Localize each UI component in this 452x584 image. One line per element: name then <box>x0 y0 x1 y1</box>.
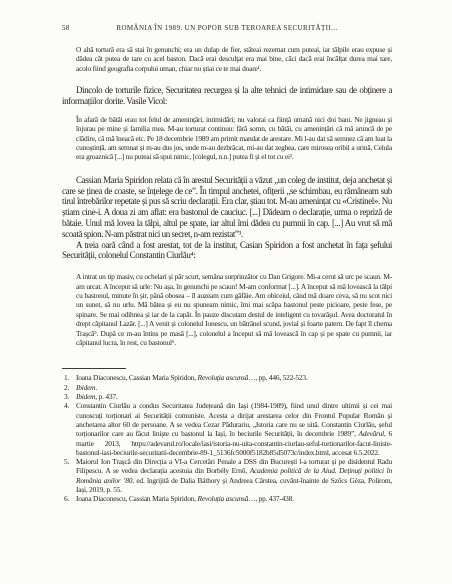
footnote-text: Constantin Ciurlău a condus Securitatea … <box>76 401 392 456</box>
footnote-separator <box>62 368 126 369</box>
footnote: 6. Ioana Diaconescu, Cassian Maria Spiri… <box>62 494 392 503</box>
footnote: 2. Ibidem. <box>62 383 392 392</box>
book-page: 58 ROMÂNIA ÎN 1989. UN POPOR SUB TEROARE… <box>0 0 452 584</box>
block-quote-vicol: În afară de bătăi erau tot felul de amen… <box>76 115 392 162</box>
footnote-number: 2. <box>64 383 69 392</box>
footnote-text: Maiorul Ion Trașcă din Direcția a VI-a C… <box>76 457 392 494</box>
footnote-text: Ibidem, p. 437. <box>76 392 118 401</box>
running-title: ROMÂNIA ÎN 1989. UN POPOR SUB TEROAREA S… <box>62 24 392 32</box>
footnote-number: 3. <box>64 392 69 401</box>
paragraph-intro-vicol: Dincolo de torturile fizice, Securitatea… <box>62 85 392 107</box>
footnote-text: Ioana Diaconescu, Cassian Maria Spiridon… <box>76 373 308 382</box>
footnote-number: 5. <box>64 457 69 466</box>
footnotes: 1. Ioana Diaconescu, Cassian Maria Spiri… <box>62 373 392 503</box>
running-header: 58 ROMÂNIA ÎN 1989. UN POPOR SUB TEROARE… <box>62 24 392 34</box>
footnote-number: 1. <box>64 373 69 382</box>
footnote-text: Ibidem. <box>76 383 97 392</box>
paragraph-third-arrest: A treia oară când a fost arestat, tot de… <box>62 240 392 262</box>
footnote-text: Ioana Diaconescu, Cassian Maria Spiridon… <box>76 494 294 503</box>
block-quote-ciurlau-interrogation: A intrat un tip masiv, cu ochelari și pă… <box>76 272 392 347</box>
footnote: 4. Constantin Ciurlău a condus Securitat… <box>62 401 392 457</box>
block-quote-torture: O altă tortură era să stai în genunchi; … <box>76 45 392 73</box>
footnote: 5. Maiorul Ion Trașcă din Direcția a VI-… <box>62 457 392 494</box>
footnote: 3. Ibidem, p. 437. <box>62 392 392 401</box>
page-content: 58 ROMÂNIA ÎN 1989. UN POPOR SUB TEROARE… <box>62 24 392 504</box>
paragraph-spiridon-account: Cassian Maria Spiridon relata că în ares… <box>62 175 392 240</box>
footnote-number: 4. <box>64 401 69 410</box>
footnote-number: 6. <box>64 494 69 503</box>
page-number: 58 <box>62 24 70 32</box>
footnote: 1. Ioana Diaconescu, Cassian Maria Spiri… <box>62 373 392 382</box>
